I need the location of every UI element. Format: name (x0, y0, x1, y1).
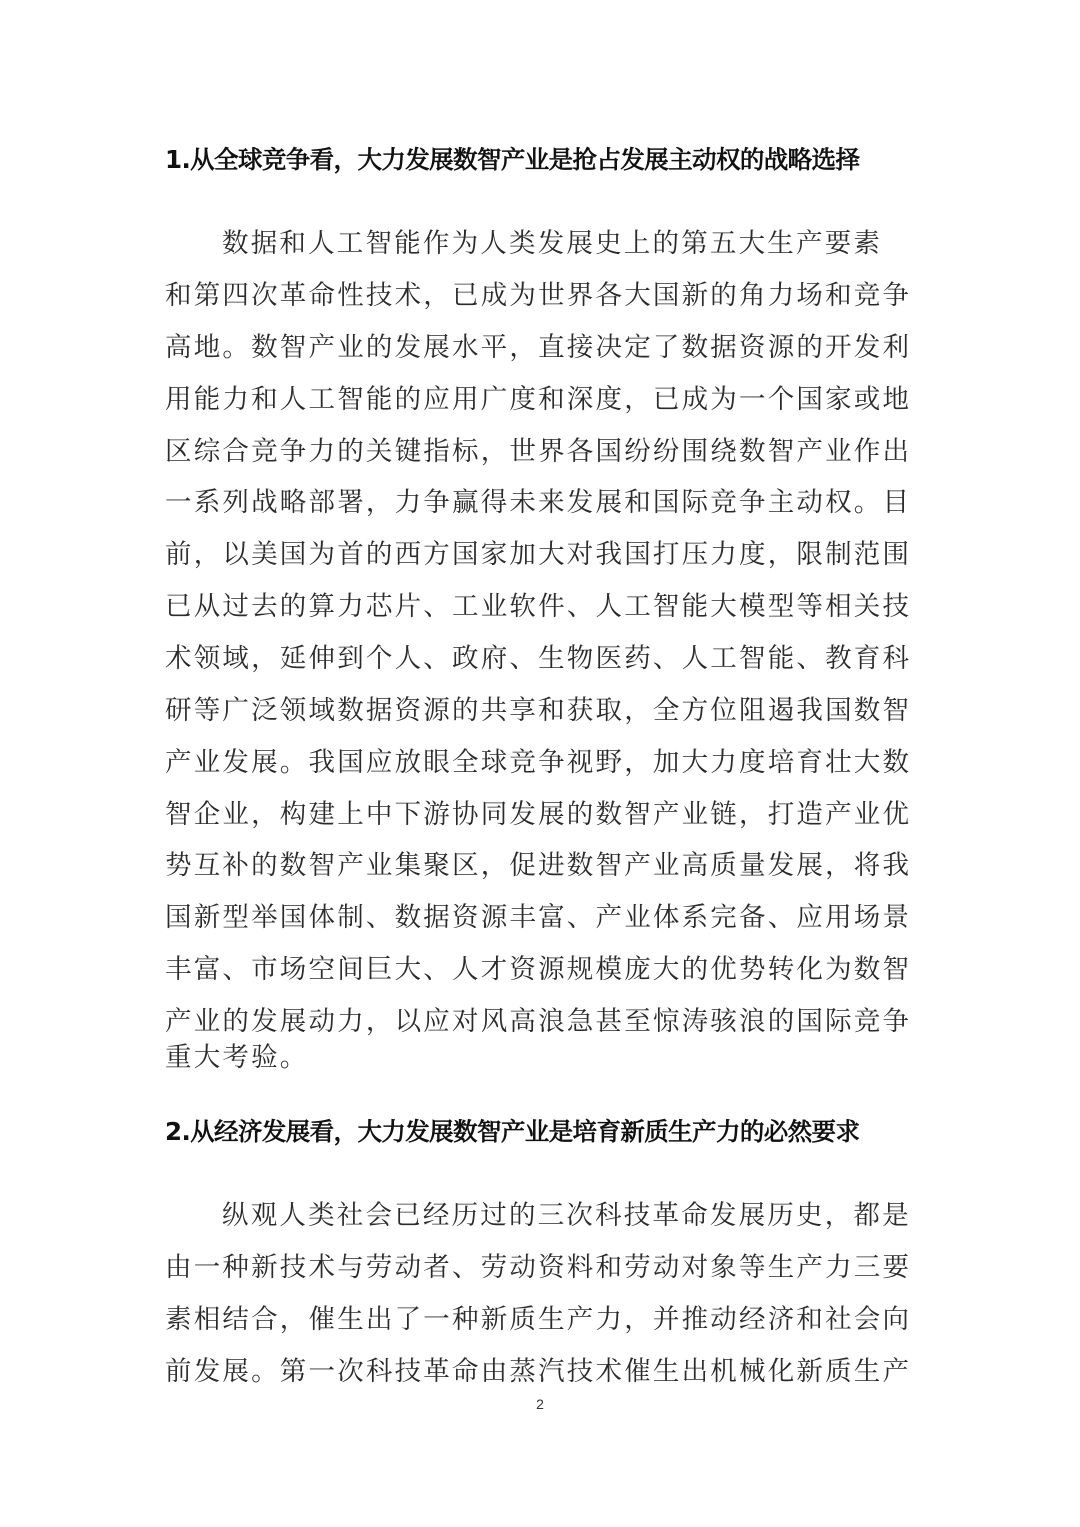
paragraph-line: 区综合竞争力的关键指标，世界各国纷纷围绕数智产业作出 (165, 434, 915, 470)
document-page: 1.从全球竞争看，大力发展数智产业是抢占发展主动权的战略选择 数据和人工智能作为… (0, 0, 1080, 1527)
paragraph-line: 和第四次革命性技术，已成为世界各大国新的角力场和竞争 (165, 278, 915, 314)
section-heading: 1.从全球竞争看，大力发展数智产业是抢占发展主动权的战略选择 (165, 144, 925, 176)
paragraph-line: 由一种新技术与劳动者、劳动资料和劳动对象等生产力三要 (165, 1250, 915, 1286)
paragraph-line: 已从过去的算力芯片、工业软件、人工智能大模型等相关技 (165, 589, 915, 625)
paragraph-line: 用能力和人工智能的应用广度和深度，已成为一个国家或地 (165, 382, 915, 418)
paragraph-line: 智企业，构建上中下游协同发展的数智产业链，打造产业优 (165, 797, 915, 833)
paragraph-line: 国新型举国体制、数据资源丰富、产业体系完备、应用场景 (165, 900, 915, 936)
paragraph-line: 研等广泛领域数据资源的共享和获取，全方位阻遏我国数智 (165, 693, 915, 729)
paragraph-line: 前，以美国为首的西方国家加大对我国打压力度，限制范围 (165, 537, 915, 573)
paragraph-line: 丰富、市场空间巨大、人才资源规模庞大的优势转化为数智 (165, 952, 915, 988)
paragraph-line: 重大考验。 (165, 1040, 915, 1076)
page-number: 2 (530, 1396, 550, 1412)
paragraph-line: 纵观人类社会已经历过的三次科技革命发展历史，都是 (222, 1198, 972, 1234)
paragraph-line: 素相结合，催生出了一种新质生产力，并推动经济和社会向 (165, 1302, 915, 1338)
paragraph-line: 势互补的数智产业集聚区，促进数智产业高质量发展，将我 (165, 848, 915, 884)
paragraph-line: 一系列战略部署，力争赢得未来发展和国际竞争主动权。目 (165, 485, 915, 521)
paragraph-line: 高地。数智产业的发展水平，直接决定了数据资源的开发利 (165, 330, 915, 366)
paragraph-line: 术领域，延伸到个人、政府、生物医药、人工智能、教育科 (165, 641, 915, 677)
paragraph-line: 数据和人工智能作为人类发展史上的第五大生产要素 (222, 226, 972, 262)
paragraph-line: 产业发展。我国应放眼全球竞争视野，加大力度培育壮大数 (165, 745, 915, 781)
section-heading: 2.从经济发展看，大力发展数智产业是培育新质生产力的必然要求 (165, 1116, 925, 1148)
paragraph-line: 前发展。第一次科技革命由蒸汽技术催生出机械化新质生产 (165, 1354, 915, 1390)
paragraph-line: 产业的发展动力，以应对风高浪急甚至惊涛骇浪的国际竞争 (165, 1004, 915, 1040)
